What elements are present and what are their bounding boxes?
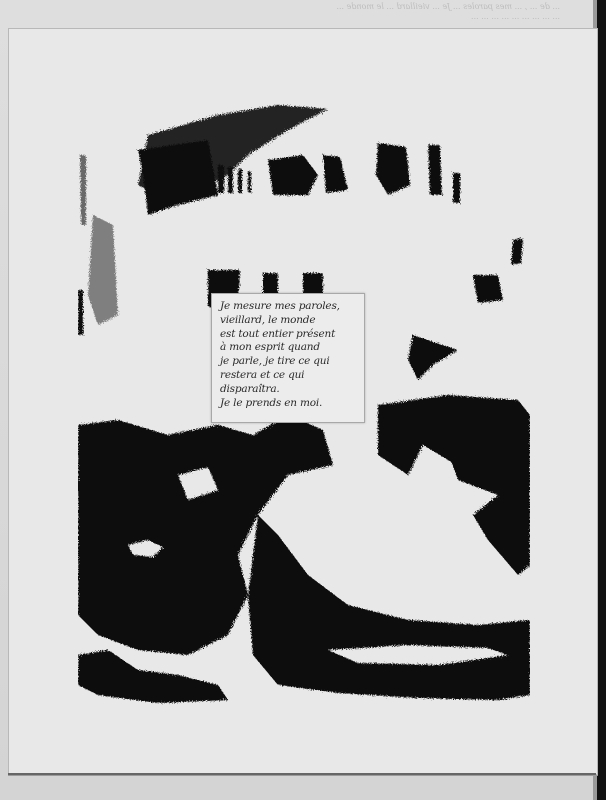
note-line: Je mesure mes paroles, <box>220 300 356 314</box>
note-line: restera et ce qui <box>220 369 356 383</box>
note-line: je parle, je tire ce qui <box>220 355 356 369</box>
handwritten-note: Je mesure mes paroles, vieillard, le mon… <box>211 293 365 423</box>
bleed-through-text: ... de ... , ... mes paroles ... Je ... … <box>40 2 560 22</box>
note-line: Je le prends en moi. <box>220 397 356 411</box>
scanner-edge <box>597 0 606 800</box>
note-line: est tout entier présent <box>220 328 356 342</box>
sheet-bottom-edge <box>8 773 596 775</box>
bleed-line: ... de ... , ... mes paroles ... Je ... … <box>40 2 560 12</box>
bleed-line: ... ... ... ... ... ... ... ... ... <box>40 12 560 22</box>
note-line: à mon esprit quand <box>220 341 356 355</box>
note-line: disparaîtra. <box>220 383 356 397</box>
note-line: vieillard, le monde <box>220 314 356 328</box>
